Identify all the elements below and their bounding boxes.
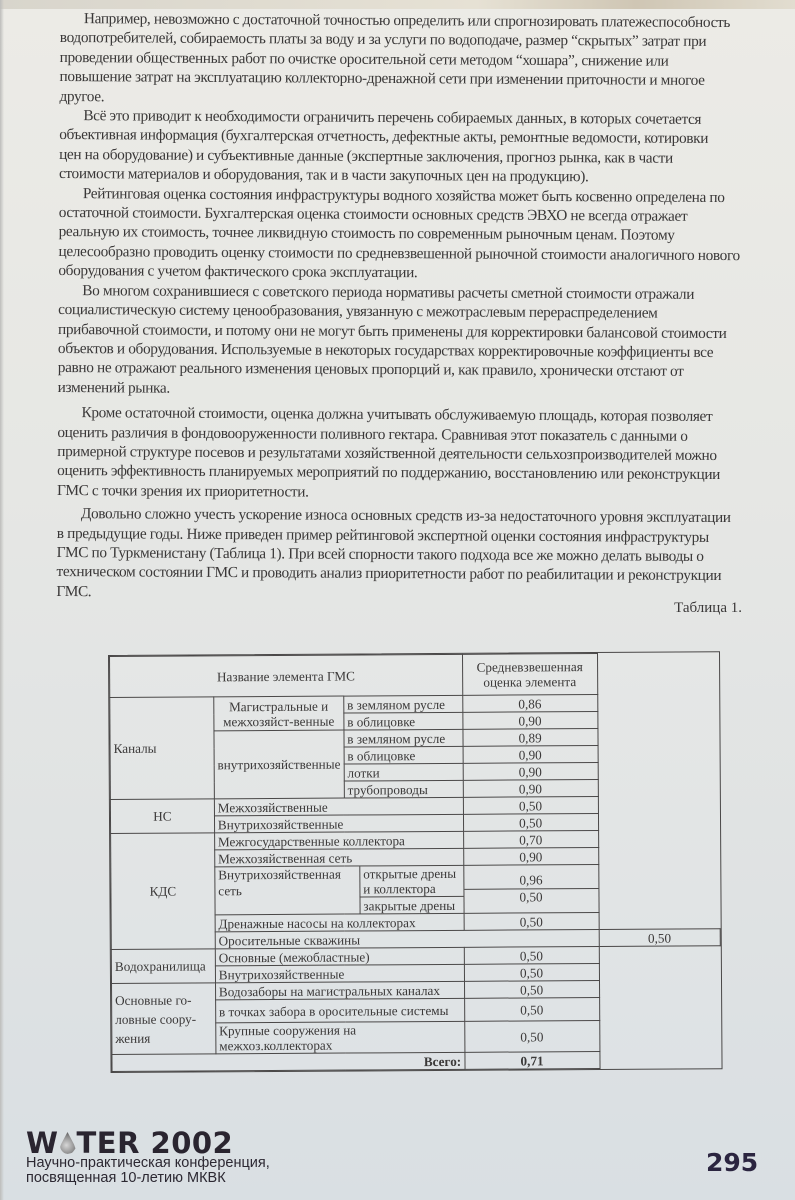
value-cell: 0,89 <box>463 729 598 747</box>
table-total-row: Всего: 0,71 <box>112 1051 721 1072</box>
value-cell: 0,50 <box>464 913 599 931</box>
item-cell: в земляном русле <box>344 695 463 713</box>
item-cell: в земляном русле <box>344 729 463 747</box>
table-header-row: Название элемента ГМС Средневзвешенная о… <box>110 653 719 698</box>
value-cell: 0,96 <box>464 872 598 890</box>
value-cell: 0,90 <box>463 712 598 730</box>
item-cell: Межхозяйственная сеть <box>215 848 464 867</box>
water-drop-icon <box>60 1132 76 1154</box>
value-cell: 0,50 <box>463 797 598 815</box>
subtitle-line-2: посвященная 10-летию МКВК <box>26 1171 270 1186</box>
table-row: Водохранилища Основные (межобластные) 0,… <box>111 946 720 967</box>
header-weighted-score: Средневзвешенная оценка элемента <box>462 654 597 696</box>
table-row: НС Межхозяйственные 0,50 <box>110 796 719 817</box>
conference-subtitle: Научно-практическая конференция, посвяще… <box>26 1156 270 1186</box>
page-number: 295 <box>706 1148 758 1177</box>
item-cell: Межхозяйственные <box>214 797 463 816</box>
item-cell: открытые дрены и коллектора <box>360 866 464 897</box>
table-row: Основные го-ловные соору-жения Водозабор… <box>112 980 721 1001</box>
value-cell: 0,90 <box>463 763 598 781</box>
item-cell: Водозаборы на магистральных каналах <box>215 981 464 1000</box>
value-cell: 0,50 <box>463 814 598 832</box>
paragraph: Во многом сохранившиеся с советского пер… <box>58 281 779 402</box>
value-cell: 0,50 <box>464 889 598 906</box>
item-cell: в точках забора в оросительные системы <box>215 998 464 1023</box>
value-cell: 0,50 <box>599 929 721 947</box>
item-cell: в облицовке <box>344 712 463 730</box>
item-cell: Основные (межобластные) <box>215 947 464 966</box>
value-cell: 0,90 <box>463 780 598 798</box>
value-cell: 0,50 <box>464 964 599 982</box>
body-text: Например, невозможно с достаточной точно… <box>56 9 780 606</box>
total-label: Всего: <box>112 1052 465 1071</box>
item-cell: трубопроводы <box>344 780 463 798</box>
value-cell: 0,50 <box>464 998 599 1022</box>
value-cell: 0,86 <box>462 695 597 713</box>
value-cell: 0,70 <box>463 831 598 849</box>
header-element-name: Название элемента ГМС <box>110 654 463 697</box>
subtitle-line-1: Научно-практическая конференция, <box>26 1156 270 1171</box>
item-cell: Межгосударственные коллектора <box>214 831 463 850</box>
subgroup-vnutri-set: Внутрихозяйственная сеть <box>215 866 360 914</box>
item-cell: закрытые дрены <box>360 896 463 913</box>
paragraph: Например, невозможно с достаточной точно… <box>59 9 780 110</box>
paragraph: Рейтинговая оценка состояния инфраструкт… <box>58 184 779 285</box>
subgroup-magistral: Магистральные и межхозяйст-венные <box>214 696 344 731</box>
group-ns: НС <box>110 799 214 834</box>
table-caption: Таблица 1. <box>0 600 742 617</box>
item-cell: Дренажные насосы на коллекторах <box>215 913 464 932</box>
item-cell: Крупные сооружения на межхоз.коллекторах <box>216 1021 465 1054</box>
subgroup-vnutri: внутрихозяйственные <box>214 730 344 799</box>
rating-table: Название элемента ГМС Средневзвешенная о… <box>108 651 723 1073</box>
photo-edge-strip <box>0 0 795 9</box>
table-row: Каналы Магистральные и межхозяйст-венные… <box>110 694 719 715</box>
item-cell: в облицовке <box>344 746 463 764</box>
group-kanaly: Каналы <box>110 697 214 800</box>
group-kds: КДС <box>111 833 216 950</box>
value-cell: 0,90 <box>463 746 598 764</box>
item-cell: лотки <box>344 763 463 781</box>
table-row: КДС Межгосударственные коллектора 0,70 <box>111 830 720 851</box>
paragraph: Всё это приводит к необходимости огранич… <box>59 106 779 188</box>
paragraph: Кроме остаточной стоимости, оценка должн… <box>57 403 778 504</box>
total-value: 0,71 <box>465 1052 600 1070</box>
group-golovnye: Основные го-ловные соору-жения <box>112 983 216 1055</box>
value-cell: 0,50 <box>464 947 599 965</box>
kds-internal-values: 0,96 0,50 <box>463 865 598 914</box>
item-cell: Внутрихозяйственные <box>214 814 463 833</box>
group-vodokhranilishcha: Водохранилища <box>111 949 215 984</box>
value-cell: 0,50 <box>464 1021 599 1053</box>
item-cell: Внутрихозяйственные <box>215 964 464 983</box>
conference-logo: WTER 2002 <box>26 1128 233 1158</box>
paragraph: Довольно сложно учесть ускорение износа … <box>56 504 777 605</box>
kds-internal-network: Внутрихозяйственная сеть открытые дрены … <box>215 865 464 915</box>
value-cell: 0,90 <box>463 848 598 866</box>
value-cell: 0,50 <box>464 981 599 999</box>
